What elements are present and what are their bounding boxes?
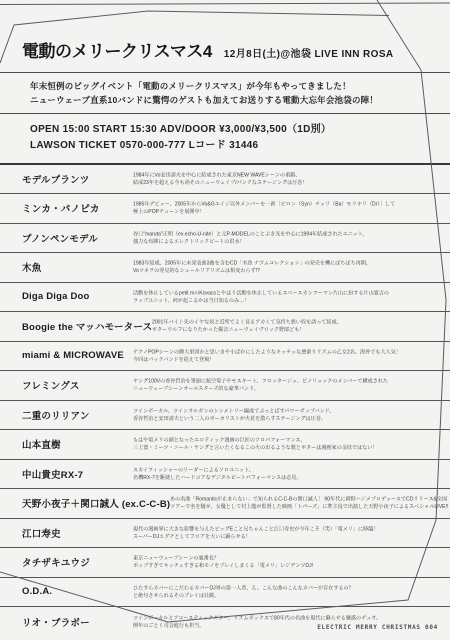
band-name: 二重のリリアン <box>0 408 133 422</box>
flyer-header: 電動のメリークリスマス4 12月8日(土)@池袋 LIVE INN ROSA <box>0 0 450 72</box>
band-row: 二重のリリアン ツインボーカル、ツインオルガンのシンメトリー編成でぶっとばすパワ… <box>0 401 450 431</box>
band-row: フレミングス ヤング100Vの香谷哲治を筆頭に航空電子やモスキート、フロッタージ… <box>0 371 450 401</box>
band-description: ツインボーカル、ツインオルガンのシンメトリー編成でぶっとばすパワーポップバンド、… <box>133 407 419 422</box>
band-description: もはや電メリの顔となったエロティック漫画の巨匠のソロパフォーマンス、 三上寛・ミ… <box>133 437 419 452</box>
band-description-wrap: あの名曲「Romanticが止まらない」で知られるC-C-Bの関口誠人！ 90年… <box>170 489 450 518</box>
band-row: 山本直樹 もはや電メリの顔となったエロティック漫画の巨匠のソロパフォーマンス、 … <box>0 430 450 460</box>
open-start-price-line: OPEN 15:00 START 15:30 ADV/DOOR ¥3,000/¥… <box>30 122 430 138</box>
band-row: モデルプランツ 1984年にVo安田壽夫を中心に結成された東京NEW WAVEシ… <box>0 165 450 195</box>
band-name: モデルプランツ <box>0 172 133 186</box>
band-row: タチザキユウジ 東京ニューウェーブシーンの裏番長？ ポップすぎてキッチュすぎる和… <box>0 548 450 578</box>
band-description: 1984年にVo安田壽夫を中心に結成された東京NEW WAVEシーンの重鎮、 結… <box>133 171 419 186</box>
band-description: 谷口"maruta"正明（ex.echo-U-nite）と元P-MODELのこと… <box>133 230 419 245</box>
band-description: 2001年バイト先のイヤな奴と近所でよく見るアカくて気持ち悪い奴を誘って結成、 … <box>152 319 438 334</box>
band-description: あの名曲「Romanticが止まらない」で知られるC-C-Bの関口誠人！ 90年… <box>170 496 450 511</box>
band-lineup-list: モデルプランツ 1984年にVo安田壽夫を中心に結成された東京NEW WAVEシ… <box>0 165 450 637</box>
band-description-wrap: ひたすらカバーにこだわるカバーDJ界の第一人者、え、こんな曲のこんなカバーが存在… <box>133 578 450 607</box>
band-name: Boogie the マッハモータース <box>0 319 152 333</box>
event-flyer: 電動のメリークリスマス4 12月8日(土)@池袋 LIVE INN ROSA 年… <box>0 0 450 640</box>
band-description-wrap: 1983年結成、2005年に未発表曲3曲を含むCD「木魚 ナゴムコレクション」の… <box>133 253 450 282</box>
intro-text-line-1: 年末恒例のビッグイベント「電動のメリークリスマス」が今年もやってきました！ <box>30 80 430 94</box>
band-name: O.D.A. <box>0 586 133 597</box>
band-description-wrap: 現代の漫画界に大きな影響を与えたビッグEこと兄ちゃんこと江口寿史が今年こそ（笑）… <box>133 519 450 548</box>
band-description-wrap: 1984年にVo安田壽夫を中心に結成された東京NEW WAVEシーンの重鎮、 結… <box>133 165 450 194</box>
intro-text-line-2: ニューウェーブ直系10バンドに驚愕のゲストも加えてお送りする電動大忘年会池袋の陣… <box>30 94 430 108</box>
band-name: タチザキユウジ <box>0 555 133 569</box>
intro-section: 年末恒例のビッグイベント「電動のメリークリスマス」が今年もやってきました！ ニュ… <box>0 73 450 113</box>
band-description: スカイフィッシャーのリーダーによるソロユニット、 名機RX-7を駆使したハードコ… <box>133 466 419 481</box>
band-description-wrap: 活動を休止しているpetit mのKovacsとやはり活動を休止しているスペース… <box>133 283 450 312</box>
ticket-info-section: OPEN 15:00 START 15:30 ADV/DOOR ¥3,000/¥… <box>0 114 450 162</box>
band-name: miami & MICROWAVE <box>0 350 133 361</box>
band-description: ヤング100Vの香谷哲治を筆頭に航空電子やモスキート、フロッタージュ、ピノリュッ… <box>133 378 419 393</box>
band-description: ひたすらカバーにこだわるカバーDJ界の第一人者、え、こんな曲のこんなカバーが存在… <box>133 584 419 599</box>
footer-credit: ELECTRIC MERRY CHRISTMAS 004 <box>317 624 438 631</box>
band-description-wrap: 谷口"maruta"正明（ex.echo-U-nite）と元P-MODELのこと… <box>133 224 450 253</box>
band-description: 活動を休止しているpetit mのKovacsとやはり活動を休止しているスペース… <box>133 289 419 304</box>
band-name: リオ・ブラボー <box>0 615 133 629</box>
band-name: 山本直樹 <box>0 437 133 451</box>
band-name: 江口寿史 <box>0 526 133 540</box>
band-description-wrap: テクノPOPシーンの御大軍団かと思いきや小ばかにしたようなキッチュな悪乗りリズム… <box>133 342 450 371</box>
band-name: Diga Diga Doo <box>0 291 133 302</box>
band-row: O.D.A. ひたすらカバーにこだわるカバーDJ界の第一人者、え、こんな曲のこん… <box>0 578 450 608</box>
band-description: テクノPOPシーンの御大軍団かと思いきや小ばかにしたようなキッチュな悪乗りリズム… <box>133 348 419 363</box>
band-row: Diga Diga Doo 活動を休止しているpetit mのKovacsとやは… <box>0 283 450 313</box>
band-row: miami & MICROWAVE テクノPOPシーンの御大軍団かと思いきや小ば… <box>0 342 450 372</box>
band-name: 木魚 <box>0 260 133 274</box>
band-description: 現代の漫画界に大きな影響を与えたビッグEこと兄ちゃんこと江口寿史が今年こそ（笑）… <box>133 525 419 540</box>
band-description-wrap: ツインボーカルとアコースティックギター、リズムボックスで80年代の名曲を現代に蘇… <box>133 607 450 637</box>
band-row: リオ・ブラボー ツインボーカルとアコースティックギター、リズムボックスで80年代… <box>0 607 450 637</box>
band-name: ミンカ・パノピカ <box>0 201 133 215</box>
lawson-ticket-line: LAWSON TICKET 0570-000-777 Lコード 31446 <box>30 138 430 154</box>
band-description-wrap: ヤング100Vの香谷哲治を筆頭に航空電子やモスキート、フロッタージュ、ピノリュッ… <box>133 371 450 400</box>
band-row: 木魚 1983年結成、2005年に未発表曲3曲を含むCD「木魚 ナゴムコレクショ… <box>0 253 450 283</box>
band-row: 天野小夜子＋関口誠人 (ex.C-C-B) あの名曲「Romanticが止まらな… <box>0 489 450 519</box>
band-row: 江口寿史 現代の漫画界に大きな影響を与えたビッグEこと兄ちゃんこと江口寿史が今年… <box>0 519 450 549</box>
band-description-wrap: ツインボーカル、ツインオルガンのシンメトリー編成でぶっとばすパワーポップバンド、… <box>133 401 450 430</box>
event-date-venue: 12月8日(土)@池袋 LIVE INN ROSA <box>224 45 394 60</box>
band-description-wrap: 東京ニューウェーブシーンの裏番長？ ポップすぎてキッチュすぎる和モノをプレイしま… <box>133 548 450 577</box>
band-name: プノンペンモデル <box>0 231 133 245</box>
band-name: 天野小夜子＋関口誠人 (ex.C-C-B) <box>0 496 170 510</box>
band-name: フレミングス <box>0 378 133 392</box>
band-description: 東京ニューウェーブシーンの裏番長？ ポップすぎてキッチュすぎる和モノをプレイしま… <box>133 555 419 570</box>
band-row: Boogie the マッハモータース 2001年バイト先のイヤな奴と近所でよく… <box>0 312 450 342</box>
band-row: プノンペンモデル 谷口"maruta"正明（ex.echo-U-nite）と元P… <box>0 224 450 254</box>
band-description-wrap: 1985年デビュー、2005年からVo&Gエイジ以外メンバーを一新［ピロン（Sy… <box>133 194 450 223</box>
band-row: 中山貴史RX-7 スカイフィッシャーのリーダーによるソロユニット、 名機RX-7… <box>0 460 450 490</box>
band-description-wrap: もはや電メリの顔となったエロティック漫画の巨匠のソロパフォーマンス、 三上寛・ミ… <box>133 430 450 459</box>
event-title: 電動のメリークリスマス4 <box>22 37 212 62</box>
band-row: ミンカ・パノピカ 1985年デビュー、2005年からVo&Gエイジ以外メンバーを… <box>0 194 450 224</box>
band-description: 1985年デビュー、2005年からVo&Gエイジ以外メンバーを一新［ピロン（Sy… <box>133 201 419 216</box>
band-description: 1983年結成、2005年に未発表曲3曲を含むCD「木魚 ナゴムコレクション」の… <box>133 260 419 275</box>
band-description-wrap: スカイフィッシャーのリーダーによるソロユニット、 名機RX-7を駆使したハードコ… <box>133 460 450 489</box>
band-description-wrap: 2001年バイト先のイヤな奴と近所でよく見るアカくて気持ち悪い奴を誘って結成、 … <box>152 312 450 341</box>
band-name: 中山貴史RX-7 <box>0 467 133 481</box>
